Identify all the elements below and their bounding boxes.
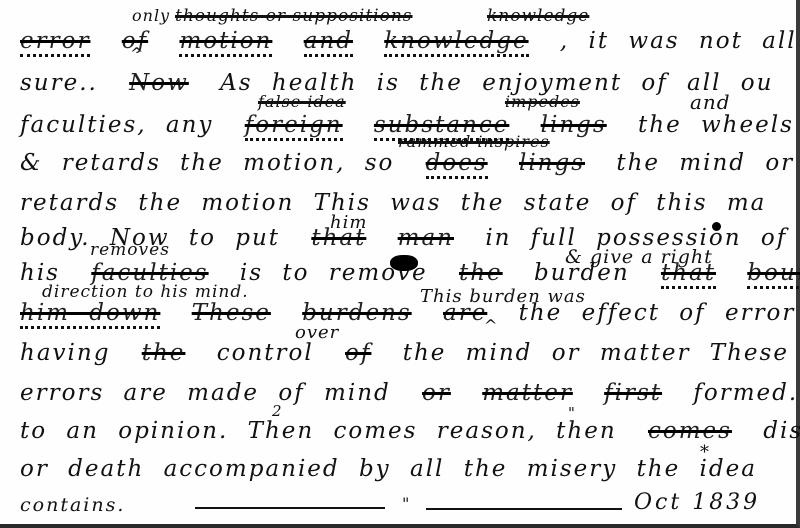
- insertion-struck-top-right: knowledge: [487, 6, 589, 26]
- word-struck: Now: [129, 70, 189, 96]
- insertion-false-idea: false idea: [258, 92, 346, 111]
- manuscript-line-11: to an opinion. Then comes reason, then c…: [20, 418, 800, 444]
- word-struck: him down: [20, 300, 160, 329]
- text-segment: the mind or: [616, 150, 794, 176]
- manuscript-line-4: & retards the motion, so does lings the …: [20, 150, 800, 179]
- word-struck: knowledge: [384, 28, 528, 57]
- text-segment: contains.: [20, 494, 125, 516]
- word-struck: does: [426, 150, 488, 179]
- text-segment: control: [217, 340, 314, 366]
- manuscript-line-2: sure.. Now As health is the enjoyment of…: [20, 70, 785, 96]
- insertion-and: and: [690, 90, 731, 114]
- word-struck: are: [443, 300, 487, 326]
- horizontal-rule: [426, 508, 622, 510]
- manuscript-line-12: or death accompanied by all the misery t…: [20, 456, 769, 482]
- word-struck: the: [459, 260, 503, 286]
- word-struck: and: [304, 28, 353, 57]
- text-segment: to an opinion. Then comes reason, then: [20, 418, 617, 444]
- ditto-mark: ": [402, 494, 410, 513]
- manuscript-line-8: him down These burdens are the effect of…: [20, 300, 800, 329]
- insertion-caret: ^: [484, 316, 497, 335]
- text-segment: burden: [534, 260, 630, 286]
- manuscript-page: only thoughts or suppositions knowledge …: [0, 0, 800, 528]
- insertion-only: only: [132, 6, 170, 25]
- word-struck: motion: [179, 28, 272, 57]
- word-struck: matter: [482, 380, 573, 406]
- word-struck: comes: [648, 418, 732, 444]
- insertion-removes: removes: [90, 240, 170, 260]
- text-segment: formed.: [693, 380, 798, 406]
- document-date: Oct 1839: [634, 490, 760, 515]
- word-struck: error: [20, 28, 90, 57]
- word-struck: that: [661, 260, 716, 289]
- word-struck: bound: [747, 260, 800, 289]
- text-segment: sure..: [20, 70, 98, 96]
- word-struck: the: [142, 340, 186, 366]
- text-segment: retards the motion This was the state of…: [20, 190, 766, 216]
- insertion-rammed-inspires: rammed inspires: [398, 132, 550, 151]
- manuscript-line-13: contains.: [20, 494, 137, 516]
- insertion-caret: ^: [130, 44, 143, 63]
- manuscript-line-9: having the control of the mind or matter…: [20, 340, 800, 366]
- horizontal-rule: [195, 507, 385, 509]
- insertion-struck-top: thoughts or suppositions: [175, 6, 413, 26]
- manuscript-line-5: retards the motion This was the state of…: [20, 190, 778, 216]
- insertion-impedes: impedes: [505, 92, 580, 111]
- word-struck: of: [345, 340, 371, 366]
- word-struck: lings: [519, 150, 585, 176]
- word-struck: foreign: [245, 112, 343, 141]
- text-segment: , it was not all p.: [560, 28, 800, 54]
- text-segment: the wheels: [638, 112, 794, 138]
- insertion-direction: direction to his mind.: [42, 282, 249, 302]
- text-segment: having: [20, 340, 110, 366]
- text-segment: the mind or matter These: [403, 340, 789, 366]
- ink-blot: [390, 255, 418, 271]
- text-segment: the effect of error: [519, 300, 796, 326]
- manuscript-line-10: errors are made of mind or matter first …: [20, 380, 800, 406]
- word-struck: lings: [541, 112, 607, 138]
- ink-blot: [712, 222, 721, 231]
- text-segment: disease: [763, 418, 800, 444]
- text-segment: & retards the motion, so: [20, 150, 394, 176]
- text-segment: faculties, any: [20, 112, 213, 138]
- word-struck: first: [604, 380, 662, 406]
- word-struck: man: [398, 225, 454, 251]
- text-segment: errors are made of mind: [20, 380, 391, 406]
- word-struck: that: [311, 225, 366, 251]
- word-struck: These: [192, 300, 271, 326]
- word-struck: or: [422, 380, 451, 406]
- text-segment: or death accompanied by all the misery t…: [20, 456, 757, 482]
